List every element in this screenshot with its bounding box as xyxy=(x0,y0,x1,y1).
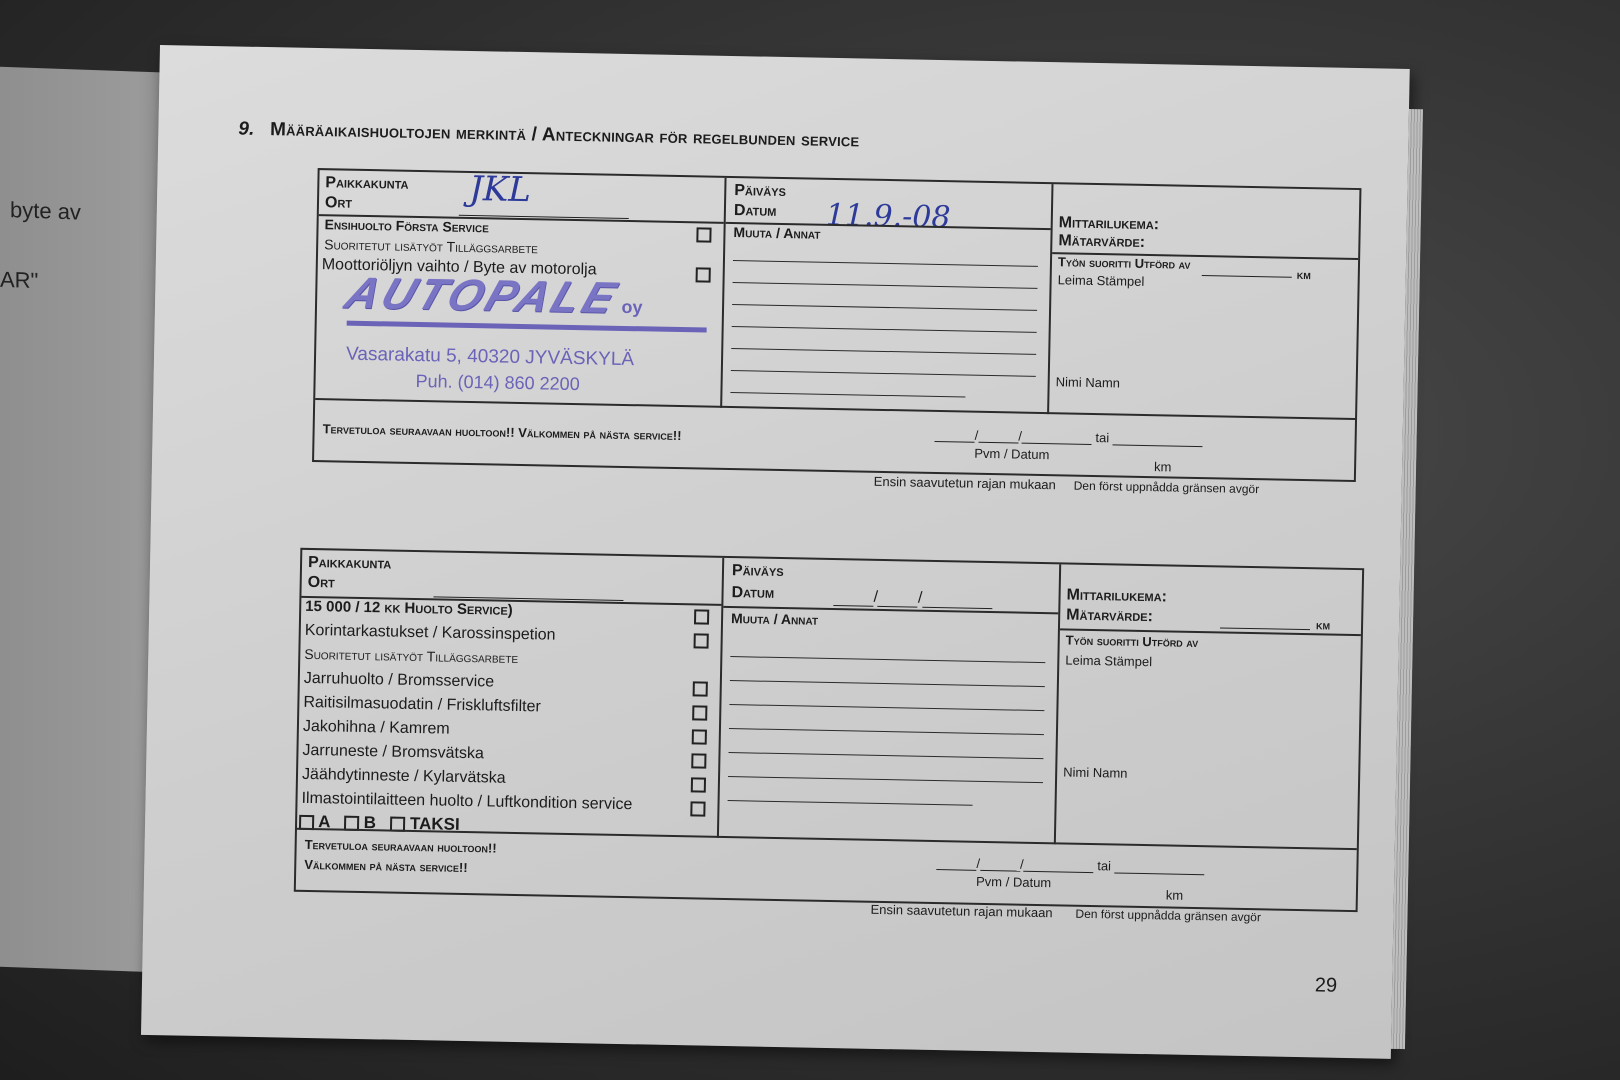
writing-line[interactable] xyxy=(733,282,1038,289)
place-label: Paikkakunta xyxy=(325,174,409,194)
date-label-sv: Datum xyxy=(731,584,774,603)
writing-line[interactable] xyxy=(732,304,1037,311)
date-label-sv: Datum xyxy=(734,202,777,221)
odometer-label: Mittarilukema: xyxy=(1066,587,1167,607)
date-value: 11.9.-08 xyxy=(826,198,951,235)
checkbox[interactable] xyxy=(694,609,709,624)
left-page-text: AR" xyxy=(0,267,38,294)
service-record-2: Paikkakunta Ort 15 000 / 12 kk Huolto Se… xyxy=(294,548,1364,912)
stamp-suffix: oy xyxy=(621,297,642,317)
stamp-logo: AUTOPALE xyxy=(339,269,626,324)
section-heading: 9. Määräaikaishuoltojen merkintä / Antec… xyxy=(238,119,859,153)
writing-line[interactable] xyxy=(731,370,1036,377)
stamp-bar xyxy=(347,321,707,333)
item-label: Raitisilmasuodatin / Friskluftsfilter xyxy=(303,694,541,717)
item-label: Jarruneste / Bromsvätska xyxy=(302,742,484,763)
welcome-text-1: Tervetuloa seuraavaan huoltoon!! xyxy=(305,837,497,856)
col-date: Päiväys Datum // Muuta / Annat xyxy=(719,558,1061,844)
place-label: Paikkakunta xyxy=(308,554,392,574)
first-reached-sv: Den först uppnådda gränsen avgör xyxy=(1075,907,1261,925)
performed-by-label: Työn suoritti Utförd av xyxy=(1066,632,1199,650)
checkbox[interactable] xyxy=(691,753,706,768)
service-record-1: Paikkakunta Ort JKL Ensihuolto Första Se… xyxy=(312,168,1361,482)
writing-line[interactable] xyxy=(728,800,973,806)
other-label: Muuta / Annat xyxy=(733,224,820,242)
stamp-address: Vasarakatu 5, 40320 JYVÄSKYLÄ xyxy=(346,344,706,373)
date-label: Päiväys xyxy=(734,182,786,201)
writing-line[interactable] xyxy=(729,704,1044,711)
next-service-km[interactable] xyxy=(1115,858,1205,875)
writing-line[interactable] xyxy=(728,776,1043,783)
odometer-unit: km xyxy=(1297,267,1311,282)
other-label: Muuta / Annat xyxy=(731,610,818,628)
section-title: Määräaikaishuoltojen merkintä / Anteckni… xyxy=(270,119,860,151)
writing-line[interactable] xyxy=(732,326,1037,333)
checkbox[interactable] xyxy=(690,801,705,816)
name-label: Nimi Namn xyxy=(1056,374,1121,390)
km-label: km xyxy=(1154,459,1172,474)
col-service: Paikkakunta Ort 15 000 / 12 kk Huolto Se… xyxy=(297,550,724,838)
writing-line[interactable] xyxy=(730,680,1045,687)
welcome-text: Tervetuloa seuraavaan huoltoon!! Välkomm… xyxy=(322,420,712,445)
col-odometer: Mittarilukema: Mätarvärde: km Työn suori… xyxy=(1053,184,1359,190)
item-label: Ilmastointilaitteen huolto / Luftkonditi… xyxy=(301,790,632,814)
odometer-label-sv: Mätarvärde: xyxy=(1058,232,1145,252)
checkbox[interactable] xyxy=(692,705,707,720)
item-label: Jarruhuolto / Bromsservice xyxy=(304,670,495,692)
page-edges xyxy=(1391,109,1423,1049)
service-title: 15 000 / 12 kk Huolto Service) xyxy=(305,598,513,619)
checkbox[interactable] xyxy=(692,729,707,744)
extra-work-label: Suoritetut lisätyöt Tilläggsarbete xyxy=(324,236,538,256)
booklet-page: 9. Määräaikaishuoltojen merkintä / Antec… xyxy=(141,45,1410,1059)
odometer-label: Mittarilukema: xyxy=(1059,214,1160,234)
odometer-input[interactable] xyxy=(1202,261,1292,278)
place-label-sv: Ort xyxy=(308,574,335,593)
writing-line[interactable] xyxy=(730,656,1045,663)
km-label: km xyxy=(1166,887,1184,902)
checkbox[interactable] xyxy=(691,777,706,792)
workshop-stamp: AUTOPALE oy Vasarakatu 5, 40320 JYVÄSKYL… xyxy=(345,269,707,398)
writing-line[interactable] xyxy=(733,260,1038,267)
or-label: tai xyxy=(1097,858,1111,873)
writing-line[interactable] xyxy=(731,348,1036,355)
col-service: Paikkakunta Ort JKL Ensihuolto Första Se… xyxy=(315,170,726,408)
next-service-date[interactable]: // tai xyxy=(936,855,1204,875)
item-label: Jakohihna / Kamrem xyxy=(303,718,450,739)
checkbox[interactable] xyxy=(696,227,711,242)
odometer-unit: km xyxy=(1316,617,1330,632)
writing-line[interactable] xyxy=(730,392,965,398)
service-title: Ensihuolto Första Service xyxy=(324,216,489,235)
col-odometer: Mittarilukema: Mätarvärde: km Työn suori… xyxy=(1061,564,1362,570)
next-service-km[interactable] xyxy=(1113,430,1203,447)
next-date-label: Pvm / Datum xyxy=(974,446,1049,462)
odometer-input[interactable] xyxy=(1220,613,1310,630)
writing-line[interactable] xyxy=(729,728,1044,735)
next-service-date[interactable]: // tai xyxy=(935,427,1203,447)
first-reached-fi: Ensin saavutetun rajan mukaan xyxy=(870,902,1052,920)
stamp-phone: Puh. (014) 860 2200 xyxy=(415,371,705,398)
first-reached-fi: Ensin saavutetun rajan mukaan xyxy=(874,474,1056,492)
section-number: 9. xyxy=(238,119,255,140)
stamp-label: Leima Stämpel xyxy=(1065,652,1152,669)
checkbox[interactable] xyxy=(693,681,708,696)
next-date-label: Pvm / Datum xyxy=(976,874,1051,890)
performed-by-label: Työn suoritti Utförd av xyxy=(1058,254,1191,272)
date-input[interactable]: // xyxy=(833,588,992,609)
item-label: Korintarkastukset / Karossinspetion xyxy=(305,622,556,645)
or-label: tai xyxy=(1095,430,1109,445)
stamp-label: Leima Stämpel xyxy=(1058,272,1145,289)
name-label: Nimi Namn xyxy=(1063,764,1128,780)
page-number: 29 xyxy=(1315,974,1338,997)
writing-line[interactable] xyxy=(729,752,1044,759)
first-reached-sv: Den först uppnådda gränsen avgör xyxy=(1074,479,1260,497)
place-label-sv: Ort xyxy=(325,194,352,213)
checkbox[interactable] xyxy=(694,633,709,648)
date-label: Päiväys xyxy=(732,562,784,581)
odometer-label-sv: Mätarvärde: xyxy=(1066,607,1153,627)
col-date: Päiväys Datum 11.9.-08 Muuta / Annat xyxy=(722,178,1053,414)
welcome-text-2: Välkommen på nästa service!! xyxy=(304,857,468,875)
extra-work-label: Suoritetut lisätyöt Tilläggsarbete xyxy=(304,646,518,666)
item-label: Jäähdytinneste / Kylarvätska xyxy=(302,766,506,788)
left-page-text: byte av xyxy=(10,197,81,225)
